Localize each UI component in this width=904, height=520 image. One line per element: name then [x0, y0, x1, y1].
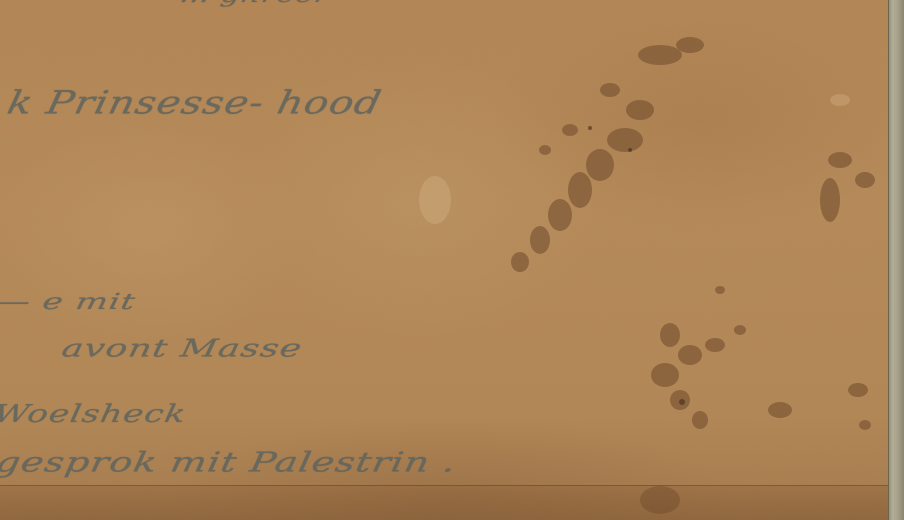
ruled-line — [0, 485, 888, 486]
mount-edge — [888, 0, 904, 520]
handwriting-line-2: — e mit — [0, 289, 138, 315]
handwriting-line-4: Woelsheck — [0, 400, 189, 429]
handwriting-line-1: k Prinsesse- hood — [4, 85, 385, 122]
handwriting-line-0: … ghreer — [177, 0, 333, 8]
handwriting-line-3: avont Masse — [60, 335, 305, 363]
bottom-discoloration — [0, 486, 888, 520]
handwriting-line-5: gesprok mit Palestrin . — [0, 446, 459, 478]
paper-page — [0, 0, 888, 520]
